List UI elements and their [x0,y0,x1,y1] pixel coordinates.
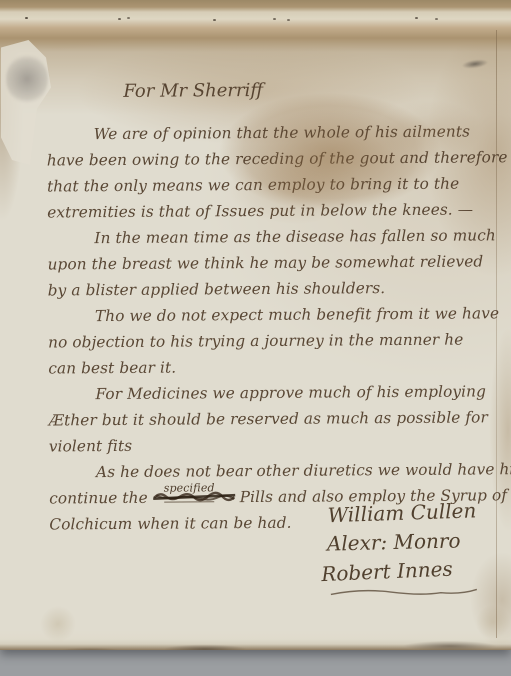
letter-salutation: For Mr Sherriff [123,78,263,105]
letter-line: violent fits [1,430,511,460]
letter-line: We are of opinion that the whole of his … [0,118,510,148]
letter-line: upon the breast we think he may be somew… [0,248,511,278]
letter-line: no objection to his trying a journey in … [0,326,511,356]
manuscript-page: For Mr Sherriff We are of opinion that t… [0,0,511,650]
letter-line: by a blister applied between his shoulde… [0,274,511,304]
letter-line: can best bear it. [0,352,511,382]
letter-line: In the mean time as the disease has fall… [0,222,510,252]
letter-line: have been owing to the receding of the g… [0,144,510,174]
letter-line: Æther but it should be reserved as much … [1,404,511,434]
photograph-frame: For Mr Sherriff We are of opinion that t… [0,0,511,676]
letter-line: Tho we do not expect much benefit from i… [0,300,511,330]
letter-line: extremities is that of Issues put in bel… [0,196,510,226]
signature-block: William Cullen Alexr: Monro Robert Innes [301,498,487,586]
letter-body: We are of opinion that the whole of his … [0,118,511,538]
letter-line: As he does not bear other diuretics we w… [1,456,511,486]
inserted-word: specified [164,475,215,502]
handwritten-letter: For Mr Sherriff We are of opinion that t… [0,0,511,652]
signature-flourish [329,586,479,597]
struck-out-word: specified [152,488,236,503]
signature-innes: Robert Innes [301,553,487,590]
letter-line: that the only means we can employ to bri… [0,170,510,200]
letter-line: For Medicines we approve much of his emp… [0,378,511,408]
amendment-before: continue the [49,489,148,508]
